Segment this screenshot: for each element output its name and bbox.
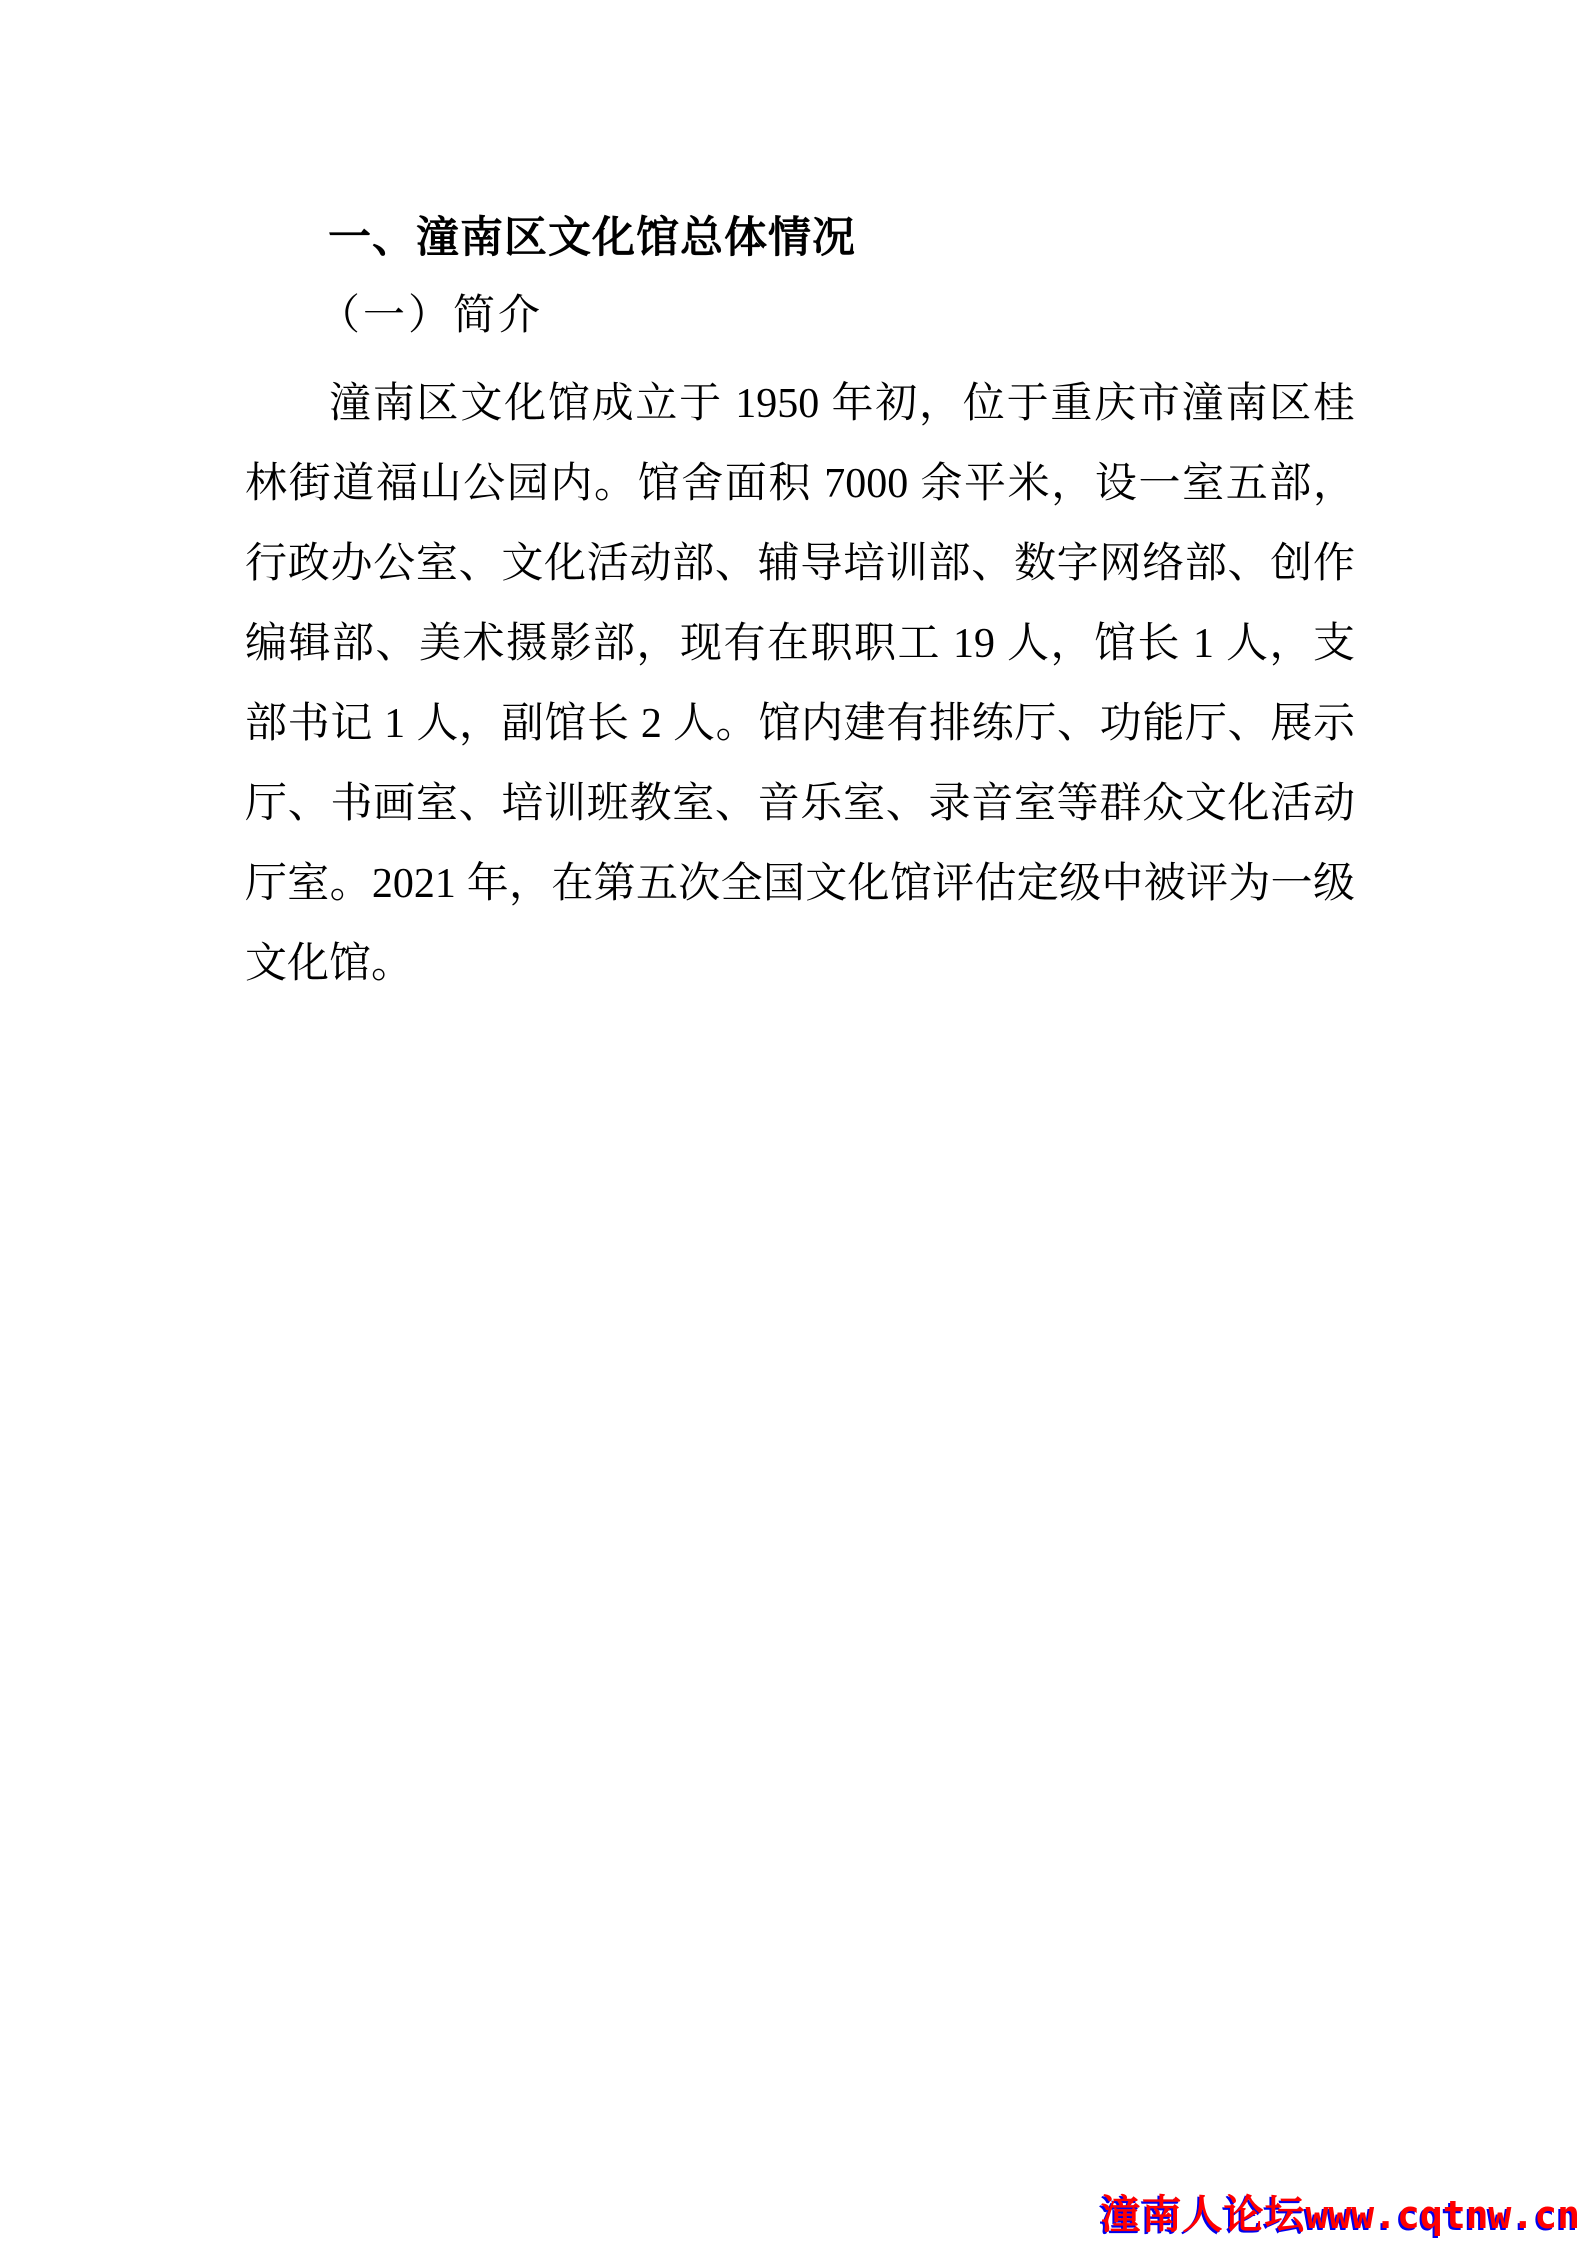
paragraph-line: 部书记 1 人，副馆长 2 人。馆内建有排练厅、功能厅、展示 bbox=[245, 684, 1355, 764]
paragraph-line: 厅、书画室、培训班教室、音乐室、录音室等群众文化活动 bbox=[245, 764, 1355, 844]
paragraph-line: 林街道福山公园内。馆舍面积 7000 余平米，设一室五部， bbox=[245, 444, 1355, 524]
paragraph-line: 潼南区文化馆成立于 1950 年初，位于重庆市潼南区桂 bbox=[245, 364, 1355, 444]
watermark: 潼南人论坛www.cqtnw.cn bbox=[1100, 2183, 1580, 2240]
subsection-heading: （一）简介 bbox=[318, 290, 543, 342]
watermark-url: www.cqtnw.cn bbox=[1305, 2193, 1580, 2237]
paragraph-line: 行政办公室、文化活动部、辅导培训部、数字网络部、创作 bbox=[245, 524, 1355, 604]
paragraph-line: 文化馆。 bbox=[245, 924, 1355, 1004]
watermark-site-name: 潼南人论坛 bbox=[1100, 2193, 1305, 2237]
intro-paragraph: 潼南区文化馆成立于 1950 年初，位于重庆市潼南区桂 林街道福山公园内。馆舍面… bbox=[245, 364, 1355, 1004]
document-page: 一、潼南区文化馆总体情况 （一）简介 潼南区文化馆成立于 1950 年初，位于重… bbox=[0, 0, 1587, 2245]
paragraph-line: 编辑部、美术摄影部，现有在职职工 19 人，馆长 1 人，支 bbox=[245, 604, 1355, 684]
paragraph-line: 厅室。2021 年，在第五次全国文化馆评估定级中被评为一级 bbox=[245, 844, 1355, 924]
section-heading: 一、潼南区文化馆总体情况 bbox=[328, 212, 856, 264]
